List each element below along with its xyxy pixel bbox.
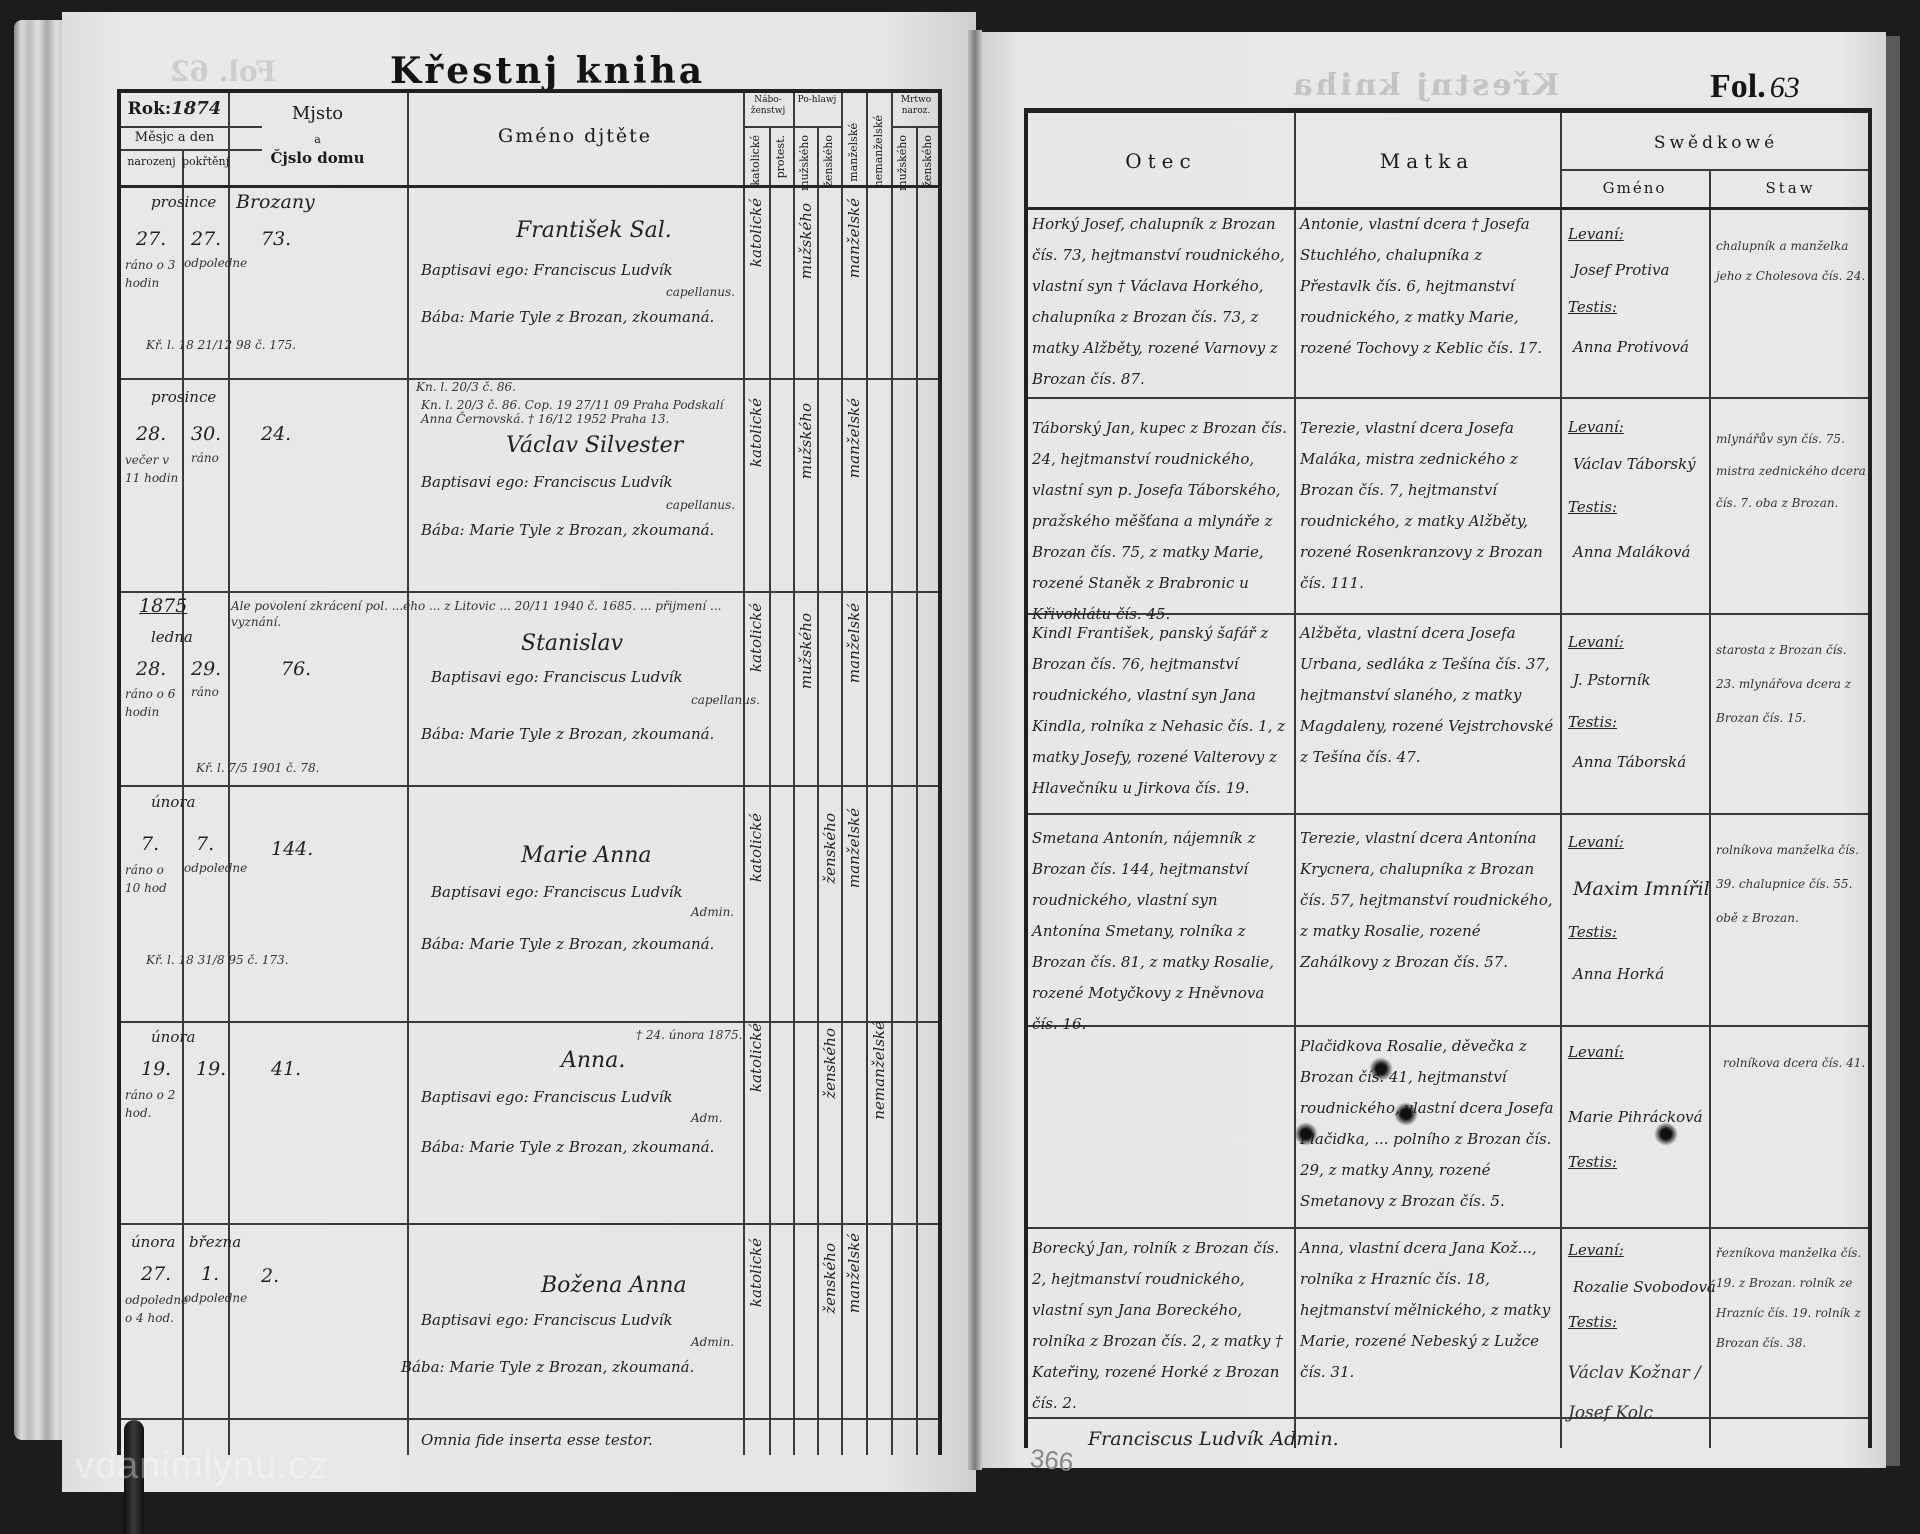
divider bbox=[743, 126, 843, 128]
witness-label: Testis: bbox=[1568, 298, 1617, 316]
child-name: Božena Anna bbox=[541, 1273, 687, 1298]
born-time: ráno o 6 hodin bbox=[125, 685, 181, 721]
baptized-day: 7. bbox=[196, 833, 214, 855]
row-divider bbox=[121, 785, 938, 787]
witness-label: Testis: bbox=[1568, 1153, 1617, 1171]
born-time: ráno o 2 hod. bbox=[125, 1086, 181, 1122]
book-gutter bbox=[968, 30, 982, 1470]
witness-status: mlynářův syn čís. 75. mistra zednického … bbox=[1716, 423, 1866, 519]
divider bbox=[1560, 169, 1868, 171]
witness-label: Testis: bbox=[1568, 1313, 1617, 1331]
baptized-time: odpoledne bbox=[184, 1291, 247, 1305]
witness-label: Testis: bbox=[1568, 923, 1617, 941]
legitimacy-mark: nemanželské bbox=[870, 1021, 888, 1120]
witness-status: rolníkova dcera čís. 41. bbox=[1723, 1048, 1868, 1078]
sex-mark: mužského bbox=[797, 403, 815, 479]
witness-status: chalupník a manželka jeho z Cholesova čí… bbox=[1716, 231, 1866, 291]
born-day: 19. bbox=[141, 1058, 171, 1080]
born-day: 27. bbox=[136, 228, 166, 250]
baptized-day: 1. bbox=[201, 1263, 219, 1285]
godparent: Marie Pihrácková bbox=[1568, 1108, 1703, 1126]
year-header: Rok:1874 bbox=[121, 98, 228, 119]
legitimacy-mark: manželské bbox=[845, 1233, 863, 1313]
baptizer: Baptisavi ego: Franciscus Ludvík bbox=[421, 261, 673, 279]
godparent-label: Levaní: bbox=[1568, 1241, 1624, 1259]
left-register-table: Rok:1874 Měsjc a den narozenj pokřtěnj M… bbox=[117, 89, 942, 1455]
child-name: František Sal. bbox=[516, 218, 672, 243]
baptized-day: 29. bbox=[191, 658, 221, 680]
father: Borecký Jan, rolník z Brozan čís. 2, hej… bbox=[1032, 1233, 1290, 1419]
religion-mark: katolické bbox=[747, 198, 765, 267]
sex-header: Po-hlawj bbox=[793, 95, 841, 106]
born-day: 7. bbox=[141, 833, 159, 855]
father: Kindl František, panský šafář z Brozan č… bbox=[1032, 618, 1290, 804]
child-note: Ale povolení zkrácení pol. ...ého ... z … bbox=[231, 598, 741, 630]
religion-mark: katolické bbox=[747, 813, 765, 882]
witness: Anna Horká bbox=[1573, 965, 1664, 983]
child-name: Václav Silvester bbox=[506, 433, 683, 458]
baptized-time: ráno bbox=[191, 685, 219, 699]
entry-month: prosince bbox=[151, 388, 216, 406]
baptized-day: 27. bbox=[191, 228, 221, 250]
entry-month: února bbox=[151, 1028, 195, 1046]
godparent: Josef Protiva bbox=[1573, 261, 1669, 279]
born-day: 27. bbox=[141, 1263, 171, 1285]
baptizer-title: capellanus. bbox=[666, 285, 735, 299]
divider bbox=[891, 93, 893, 1455]
divider bbox=[1560, 113, 1562, 1448]
entry-month: února bbox=[151, 793, 195, 811]
godparent-label: Levaní: bbox=[1568, 225, 1624, 243]
place-header-2: a bbox=[228, 133, 407, 146]
born-header: narozenj bbox=[121, 155, 182, 168]
year-marker: 1875 bbox=[139, 595, 187, 617]
sex-mark: ženského bbox=[821, 1028, 839, 1099]
godparent-label: Levaní: bbox=[1568, 418, 1624, 436]
watermark: vdanimlynu.cz bbox=[75, 1445, 329, 1488]
bleed-through-title: Křestnj kniha bbox=[1290, 68, 1559, 103]
baptized-header: pokřtěnj bbox=[182, 155, 228, 168]
folio-label: Fol. bbox=[1710, 68, 1766, 105]
baptized-time: ráno bbox=[191, 451, 219, 465]
mother: Plačidkova Rosalie, děvečka z Brozan čís… bbox=[1300, 1031, 1556, 1217]
divider bbox=[1294, 113, 1296, 1448]
witness-status: rolníkova manželka čís. 39. chalupnice č… bbox=[1716, 833, 1866, 935]
entry-month: ledna bbox=[151, 628, 193, 646]
row-divider bbox=[1028, 397, 1868, 399]
mother-header: Matka bbox=[1294, 149, 1560, 173]
mother: Anna, vlastní dcera Jana Kož..., rolníka… bbox=[1300, 1233, 1556, 1388]
divider bbox=[866, 93, 868, 1455]
entry-month: prosince bbox=[151, 193, 216, 211]
religion-header: Nábo-ženstwj bbox=[743, 95, 793, 117]
witness: Václav Kožnar / Josef Kolc bbox=[1568, 1353, 1713, 1433]
divider bbox=[743, 93, 745, 1455]
register-title: Křestnj kniha bbox=[390, 50, 705, 92]
row-divider bbox=[1028, 1227, 1868, 1229]
child-name: Marie Anna bbox=[521, 843, 652, 868]
male-header: mužského bbox=[798, 135, 811, 191]
divider bbox=[891, 126, 938, 128]
divider bbox=[841, 93, 843, 1455]
baptizer-title: Adm. bbox=[691, 1111, 723, 1125]
baptized-day: 30. bbox=[191, 423, 221, 445]
religion-mark: katolické bbox=[747, 1023, 765, 1092]
godparent-label: Levaní: bbox=[1568, 833, 1624, 851]
child-note: Kn. l. 20/3 č. 86. Cop. 19 27/11 09 Prah… bbox=[421, 398, 741, 426]
bleed-through-folio: Fol. 62 bbox=[170, 55, 276, 88]
book-right-edge bbox=[1886, 36, 1900, 1466]
godparent-label: Levaní: bbox=[1568, 633, 1624, 651]
year-label: Rok: bbox=[128, 99, 172, 119]
sex-mark: mužského bbox=[797, 613, 815, 689]
year-value: 1874 bbox=[171, 98, 221, 119]
child-name: Anna. bbox=[561, 1048, 625, 1073]
divider bbox=[769, 126, 771, 1455]
godparent: Václav Táborský bbox=[1573, 455, 1696, 473]
witness: Anna Protivová bbox=[1573, 338, 1689, 356]
mother: Terezie, vlastní dcera Josefa Maláka, mi… bbox=[1300, 413, 1556, 599]
child-note: † 24. února 1875. bbox=[636, 1028, 742, 1042]
born-time: večer v 11 hodin bbox=[125, 451, 181, 487]
legitimacy-mark: manželské bbox=[845, 808, 863, 888]
entry-month: února bbox=[131, 1233, 175, 1251]
row-divider bbox=[121, 1021, 938, 1023]
legitimacy-mark: manželské bbox=[845, 398, 863, 478]
place-header-1: Mjsto bbox=[228, 103, 407, 124]
signature-name: Franciscus Ludvík bbox=[1088, 1428, 1264, 1450]
born-day: 28. bbox=[136, 423, 166, 445]
baptizer-title: capellanus. bbox=[666, 498, 735, 512]
margin-note: Kř. l. 18 31/8 95 č. 173. bbox=[146, 953, 288, 967]
mother: Antonie, vlastní dcera † Josefa Stuchléh… bbox=[1300, 209, 1556, 364]
female-header: ženského bbox=[822, 135, 835, 187]
midwife: Bába: Marie Tyle z Brozan, zkoumaná. bbox=[421, 1138, 714, 1156]
house-number: 76. bbox=[281, 658, 311, 680]
baptizer: Baptisavi ego: Franciscus Ludvík bbox=[421, 1088, 673, 1106]
religion-mark: katolické bbox=[747, 398, 765, 467]
witness-name-header: Gméno bbox=[1560, 179, 1709, 197]
witnesses-header: Swědkowé bbox=[1560, 133, 1872, 153]
mother: Alžběta, vlastní dcera Josefa Urbana, se… bbox=[1300, 618, 1556, 773]
father-header: Otec bbox=[1028, 149, 1294, 173]
baptizer: Baptisavi ego: Franciscus Ludvík bbox=[421, 1311, 673, 1329]
baptized-time: odpoledne bbox=[184, 861, 247, 875]
sex-mark: ženského bbox=[821, 813, 839, 884]
legitimacy-mark: manželské bbox=[845, 198, 863, 278]
house-number: 144. bbox=[271, 838, 313, 860]
folio-number: Fol.63 bbox=[1710, 68, 1800, 106]
divider bbox=[1709, 169, 1711, 1448]
baptizer-title: Admin. bbox=[691, 905, 734, 919]
divider bbox=[916, 126, 918, 1455]
child-note-1: Kn. l. 20/3 č. 86. bbox=[416, 380, 516, 394]
witness-status: řezníkova manželka čís. 19. z Brozan. ro… bbox=[1716, 1238, 1866, 1358]
witness: Anna Táborská bbox=[1573, 753, 1686, 771]
place: Brozany bbox=[236, 191, 315, 213]
midwife: Bába: Marie Tyle z Brozan, zkoumaná. bbox=[421, 521, 714, 539]
row-divider bbox=[1028, 813, 1868, 815]
child-name: Stanislav bbox=[521, 631, 623, 656]
midwife: Bába: Marie Tyle z Brozan, zkoumaná. bbox=[421, 725, 714, 743]
row-divider bbox=[121, 591, 938, 593]
witness-status: starosta z Brozan čís. 23. mlynářova dce… bbox=[1716, 633, 1866, 735]
divider bbox=[407, 93, 409, 1455]
witness-label: Testis: bbox=[1568, 498, 1617, 516]
father: Táborský Jan, kupec z Brozan čís. 24, he… bbox=[1032, 413, 1290, 630]
protestant-header: protest. bbox=[774, 135, 787, 178]
midwife: Bába: Marie Tyle z Brozan, zkoumaná. bbox=[421, 308, 714, 326]
godparent-label: Levaní: bbox=[1568, 1043, 1624, 1061]
divider bbox=[121, 126, 262, 128]
illegitimate-header: nemanželské bbox=[872, 115, 885, 187]
godparent: Rozalie Svobodová bbox=[1573, 1278, 1716, 1296]
header-rule bbox=[121, 185, 938, 188]
row-divider bbox=[121, 378, 938, 380]
house-number: 73. bbox=[261, 228, 291, 250]
born-time: ráno o 3 hodin bbox=[125, 256, 181, 292]
midwife: Bába: Marie Tyle z Brozan, zkoumaná. bbox=[421, 935, 714, 953]
religion-mark: katolické bbox=[747, 1238, 765, 1307]
row-divider bbox=[121, 1418, 938, 1420]
stillborn-female-header: ženského bbox=[921, 135, 934, 187]
sex-mark: mužského bbox=[797, 203, 815, 279]
child-name-header: Gméno djtěte bbox=[407, 125, 743, 147]
witness-status-header: Staw bbox=[1709, 179, 1872, 197]
catholic-header: katolické bbox=[749, 135, 762, 186]
row-divider bbox=[121, 1223, 938, 1225]
born-day: 28. bbox=[136, 658, 166, 680]
mother: Terezie, vlastní dcera Antonína Krycnera… bbox=[1300, 823, 1556, 978]
baptized-month: března bbox=[189, 1233, 241, 1251]
house-number: 41. bbox=[271, 1058, 301, 1080]
signature-title: Admin. bbox=[1270, 1428, 1338, 1450]
divider bbox=[817, 126, 819, 1455]
sex-mark: ženského bbox=[821, 1243, 839, 1314]
priest-signature: Franciscus Ludvík Admin. bbox=[1088, 1428, 1339, 1450]
religion-mark: katolické bbox=[747, 603, 765, 672]
born-time: ráno o 10 hod bbox=[125, 861, 181, 897]
legitimacy-mark: manželské bbox=[845, 603, 863, 683]
stillborn-male-header: mužského bbox=[896, 135, 909, 191]
godparent: J. Pstorník bbox=[1573, 671, 1651, 689]
pencil-page-number: 366 bbox=[1028, 1443, 1074, 1478]
father: Smetana Antonín, nájemník z Brozan čís. … bbox=[1032, 823, 1290, 1040]
baptizer: Baptisavi ego: Franciscus Ludvík bbox=[421, 473, 673, 491]
folio-value: 63 bbox=[1770, 71, 1800, 104]
midwife: Bába: Marie Tyle z Brozan, zkoumaná. bbox=[401, 1358, 694, 1376]
stillborn-header: Mrtwo naroz. bbox=[891, 95, 941, 117]
attestation-note: Omnia fide inserta esse testor. bbox=[421, 1431, 653, 1449]
baptizer-title: capellanus. bbox=[691, 693, 760, 707]
godparent: Maxim Imnířil bbox=[1573, 878, 1710, 900]
house-number: 24. bbox=[261, 423, 291, 445]
right-register-table: Otec Matka Swědkowé Gméno Staw Horký Jos… bbox=[1024, 108, 1872, 1448]
legitimate-header: manželské bbox=[847, 123, 860, 182]
witness: Anna Maláková bbox=[1573, 543, 1690, 561]
witness-label: Testis: bbox=[1568, 713, 1617, 731]
baptizer: Baptisavi ego: Franciscus Ludvík bbox=[431, 668, 683, 686]
margin-note: Kř. l. 18 21/12 98 č. 175. bbox=[146, 338, 296, 352]
baptized-day: 19. bbox=[196, 1058, 226, 1080]
month-day-header: Měsjc a den bbox=[121, 130, 228, 145]
baptizer-title: Admin. bbox=[691, 1335, 734, 1349]
house-number: 2. bbox=[261, 1265, 279, 1287]
baptizer: Baptisavi ego: Franciscus Ludvík bbox=[431, 883, 683, 901]
divider bbox=[793, 93, 795, 1455]
baptized-time: odpoledne bbox=[184, 256, 247, 270]
margin-note: Kř. l. 7/5 1901 č. 78. bbox=[196, 761, 319, 775]
born-time: odpoledne o 4 hod. bbox=[125, 1291, 181, 1327]
house-number-header: Čjslo domu bbox=[228, 149, 407, 167]
father: Horký Josef, chalupník z Brozan čís. 73,… bbox=[1032, 209, 1290, 395]
